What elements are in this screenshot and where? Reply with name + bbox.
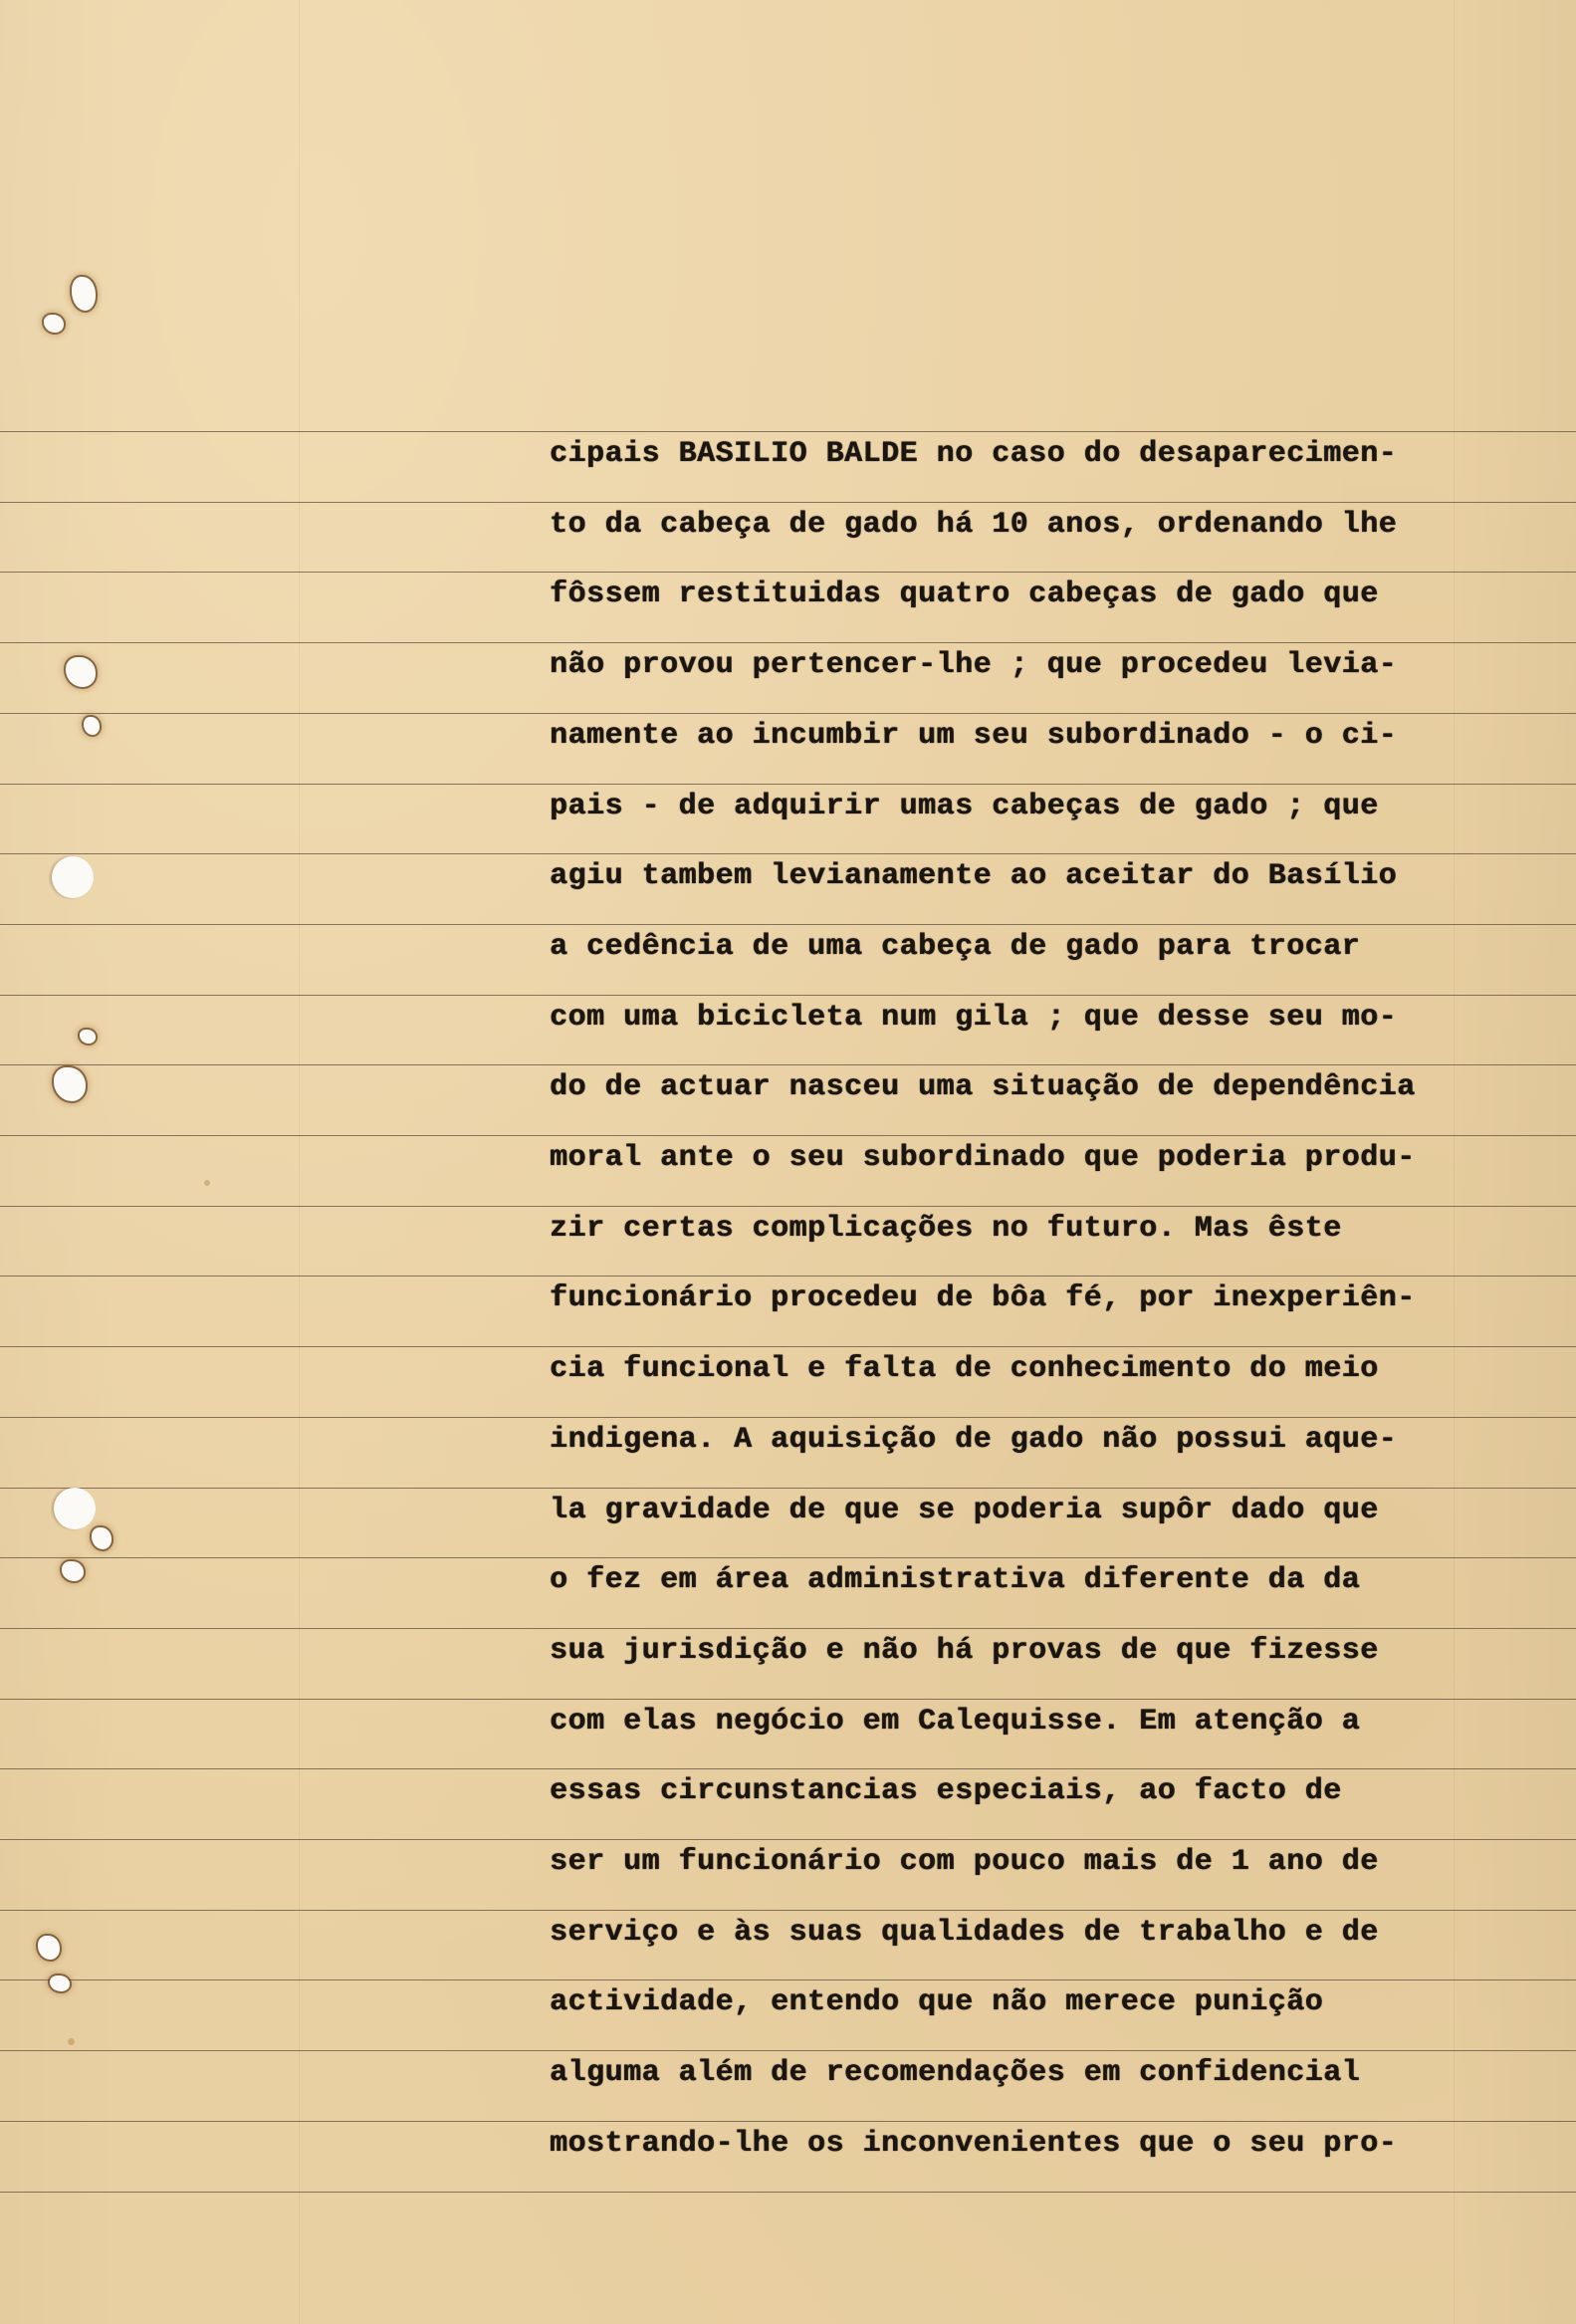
punch-hole-icon — [80, 1030, 96, 1044]
text-line: alguma além de recomendações em confiden… — [550, 2056, 1360, 2090]
punch-hole-icon — [44, 315, 64, 333]
text-line: moral ante o seu subordinado que poderia… — [550, 1141, 1416, 1175]
text-line: cipais BASILIO BALDE no caso do desapare… — [550, 437, 1397, 471]
ruled-line — [0, 642, 1576, 643]
text-line: namente ao incumbir um seu subordinado -… — [550, 719, 1397, 753]
text-line: pais - de adquirir umas cabeças de gado … — [550, 790, 1379, 823]
ruled-line — [0, 1206, 1576, 1207]
punch-hole-icon — [66, 657, 96, 687]
ruled-line — [0, 2121, 1576, 2122]
text-line: do de actuar nasceu uma situação de depe… — [550, 1070, 1416, 1104]
text-line: mostrando-lhe os inconvenientes que o se… — [550, 2127, 1397, 2161]
ruled-line — [0, 1768, 1576, 1769]
punch-hole-icon — [92, 1527, 112, 1549]
ruled-line — [0, 995, 1576, 996]
text-line: indigena. A aquisição de gado não possui… — [550, 1423, 1397, 1457]
ruled-line — [0, 784, 1576, 785]
ruled-line — [0, 431, 1576, 432]
document-page: cipais BASILIO BALDE no caso do desapare… — [0, 0, 1576, 2324]
text-line: funcionário procedeu de bôa fé, por inex… — [550, 1281, 1416, 1315]
punch-hole-icon — [54, 1067, 86, 1101]
text-line: actividade, entendo que não merece puniç… — [550, 1985, 1323, 2019]
ruled-line — [0, 1557, 1576, 1558]
ruled-line — [0, 1699, 1576, 1700]
text-line: la gravidade de que se poderia supôr dad… — [550, 1494, 1379, 1527]
paper-stain — [204, 1180, 210, 1186]
punch-hole-icon — [84, 717, 100, 735]
punch-hole-icon — [62, 1561, 84, 1581]
text-line: cia funcional e falta de conhecimento do… — [550, 1352, 1379, 1386]
text-line: serviço e às suas qualidades de trabalho… — [550, 1916, 1379, 1950]
text-line: ser um funcionário com pouco mais de 1 a… — [550, 1845, 1379, 1879]
ruled-line — [0, 1417, 1576, 1418]
punch-hole-icon — [38, 1936, 60, 1960]
paper-stain — [68, 2038, 75, 2045]
ruled-line — [0, 1488, 1576, 1489]
text-line: sua jurisdição e não há provas de que fi… — [550, 1634, 1379, 1668]
ruled-line — [0, 1910, 1576, 1911]
ruled-line — [0, 713, 1576, 714]
paper-fold-line — [299, 0, 300, 2324]
ruled-line — [0, 1135, 1576, 1136]
ruled-line — [0, 1628, 1576, 1629]
text-line: com uma bicicleta num gila ; que desse s… — [550, 1001, 1397, 1035]
ruled-line — [0, 2192, 1576, 2193]
text-line: agiu tambem levianamente ao aceitar do B… — [550, 859, 1397, 893]
ruled-line — [0, 1979, 1576, 1980]
text-line: essas circunstancias especiais, ao facto… — [550, 1774, 1342, 1808]
text-line: não provou pertencer-lhe ; que procedeu … — [550, 648, 1397, 682]
text-line: zir certas complicações no futuro. Mas ê… — [550, 1212, 1342, 1246]
ruled-line — [0, 853, 1576, 854]
text-line: o fez em área administrativa diferente d… — [550, 1563, 1360, 1597]
ruled-line — [0, 1276, 1576, 1277]
ruled-line — [0, 924, 1576, 925]
ruled-line — [0, 502, 1576, 503]
punch-hole-icon — [50, 1975, 70, 1991]
ruled-line — [0, 1064, 1576, 1065]
text-line: a cedência de uma cabeça de gado para tr… — [550, 930, 1360, 964]
text-line: to da cabeça de gado há 10 anos, ordenan… — [550, 508, 1397, 542]
text-line: com elas negócio em Calequisse. Em atenç… — [550, 1705, 1360, 1739]
ruled-line — [0, 572, 1576, 573]
punch-hole-icon — [72, 277, 96, 311]
ruled-line — [0, 2050, 1576, 2051]
ruled-line — [0, 1839, 1576, 1840]
text-line: fôssem restituidas quatro cabeças de gad… — [550, 578, 1379, 611]
ruled-line — [0, 1346, 1576, 1347]
paper-fold-line — [1454, 0, 1455, 2324]
punch-hole-icon — [54, 1488, 96, 1529]
punch-hole-icon — [52, 856, 94, 898]
